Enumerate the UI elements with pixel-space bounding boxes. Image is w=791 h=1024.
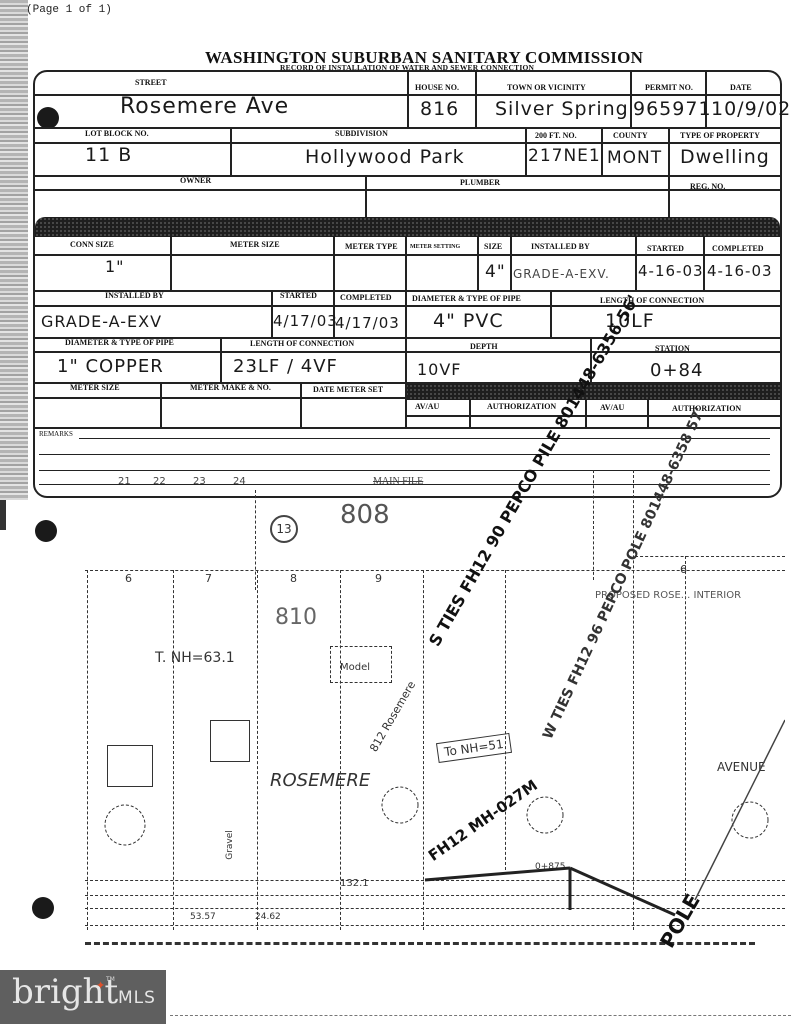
remarks-label: REMARKS (39, 430, 73, 438)
meter-setting-label: METER SETTING (410, 244, 460, 250)
sewer-size-label: SIZE (484, 242, 502, 251)
bottom-scan-line (170, 1015, 791, 1016)
bright-mls-logo: bright ✦ TM MLS (0, 970, 166, 1024)
sewer-depth-value: 10VF (417, 360, 462, 379)
scan-edge-strip (0, 0, 28, 500)
conn-size-value: 1" (105, 257, 125, 276)
subdivision-value: Hollywood Park (305, 146, 465, 168)
ft200-value: 217NE1 (528, 146, 601, 166)
sewer-completed-value: 4-16-03 (707, 262, 773, 280)
meter-type-label: METER TYPE (345, 242, 398, 251)
logo-star-icon: ✦ (96, 982, 105, 991)
town-value: Silver Spring (495, 98, 629, 120)
section-band-top (35, 217, 780, 237)
water-length-value: 23LF / 4VF (233, 356, 338, 377)
ft200-label: 200 FT. NO. (535, 131, 577, 140)
plat-map: 13 808 6 7 8 9 6 810 T. NH=63.1 Model RO… (85, 470, 785, 950)
logo-suffix: MLS (118, 988, 156, 1008)
property-type-label: TYPE OF PROPERTY (680, 131, 760, 140)
water-completed-value: 4/17/03 (335, 314, 400, 332)
county-label: COUNTY (613, 131, 648, 140)
sewer-line-drawing (85, 470, 785, 950)
sewer-completed-label: COMPLETED (712, 244, 764, 253)
connection-record-card: STREET HOUSE NO. TOWN OR VICINITY PERMIT… (33, 70, 782, 498)
street-value: Rosemere Ave (120, 94, 289, 119)
lot-block-value: 11 B (85, 144, 132, 166)
meter-size-label: METER SIZE (230, 240, 280, 249)
sewer-depth-label: DEPTH (470, 342, 498, 351)
lot-block-label: LOT BLOCK NO. (85, 129, 149, 138)
sewer-started-label: STARTED (647, 244, 684, 253)
water-started-label: STARTED (280, 291, 317, 300)
county-value: MONT (607, 148, 662, 168)
av-au-1-label: AV/AU (415, 402, 439, 411)
water-diameter-label: DIAMETER & TYPE OF PIPE (65, 338, 174, 347)
sewer-station-value: 0+84 (650, 360, 703, 381)
sewer-length-label: LENGTH OF CONNECTION (600, 296, 704, 305)
water-installed-by-value: GRADE-A-EXV (41, 312, 162, 331)
property-type-value: Dwelling (680, 146, 770, 168)
logo-trademark: TM (106, 976, 115, 983)
water-started-value: 4/17/03 (273, 312, 338, 330)
water-diameter-value: 1" COPPER (57, 356, 164, 377)
punch-hole-bottom (32, 897, 54, 919)
sewer-diameter-value: 4" PVC (433, 310, 504, 332)
scan-edge-mark (0, 500, 6, 530)
page-header: (Page 1 of 1) (26, 4, 112, 16)
permit-no-label: PERMIT NO. (645, 83, 693, 92)
logo-brand: bright (12, 972, 118, 1012)
conn-size-label: CONN SIZE (70, 240, 114, 249)
sewer-diameter-label: DIAMETER & TYPE OF PIPE (412, 294, 521, 303)
sewer-started-value: 4-16-03 (638, 262, 704, 280)
house-no-value: 816 (420, 98, 459, 120)
owner-label: OWNER (180, 176, 211, 185)
sewer-size-value: 4" (485, 262, 506, 282)
sewer-installed-by-value: GRADE-A-EXV. (513, 267, 610, 281)
date-value: 10/9/02 (711, 98, 791, 120)
subdivision-label: SUBDIVISION (335, 129, 388, 138)
plumber-label: PLUMBER (460, 178, 500, 187)
permit-no-value: 965971 (633, 98, 712, 120)
town-label: TOWN OR VICINITY (507, 83, 586, 92)
street-label: STREET (135, 78, 167, 87)
water-length-label: LENGTH OF CONNECTION (250, 339, 354, 348)
authorization-1-label: AUTHORIZATION (487, 402, 556, 411)
water-installed-by-label: INSTALLED BY (105, 291, 164, 300)
punch-hole-middle (35, 520, 57, 542)
av-au-2-label: AV/AU (600, 403, 624, 412)
meter-make-label: METER MAKE & NO. (190, 383, 271, 392)
date-meter-set-label: DATE METER SET (313, 385, 383, 394)
date-label: DATE (730, 83, 752, 92)
sewer-installed-by-label: INSTALLED BY (531, 242, 590, 251)
water-completed-label: COMPLETED (340, 293, 392, 302)
meter-size-2-label: METER SIZE (70, 383, 120, 392)
house-no-label: HOUSE NO. (415, 83, 459, 92)
